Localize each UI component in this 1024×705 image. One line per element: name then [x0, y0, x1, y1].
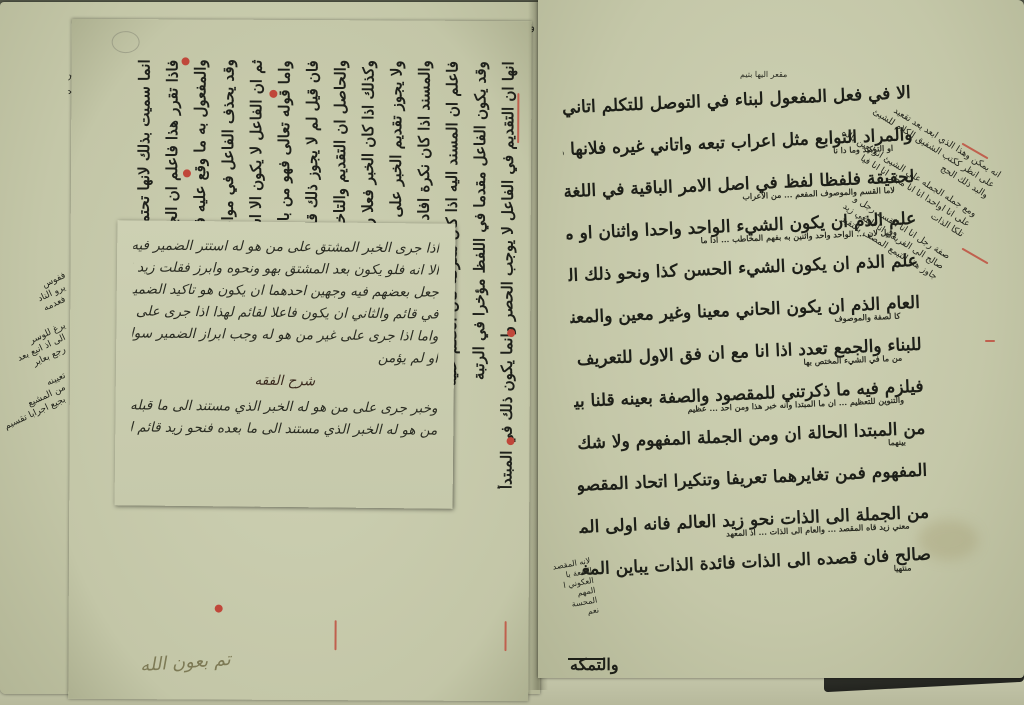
slip-line: جعل بعضهم فيه وجهين احدهما ان يكون هو تا… [133, 278, 439, 303]
rubric-dot [269, 90, 277, 98]
rubric-overline [517, 93, 519, 143]
slip-line: اذا جرى الخبر المشتق على من هو له استتر … [133, 234, 439, 259]
inserted-paper-slip: اذا جرى الخبر المشتق على من هو له استتر … [115, 220, 456, 509]
rubric-dot [215, 605, 223, 613]
catchword: والتمكه [570, 655, 619, 674]
rubric-dot [507, 329, 515, 337]
rubric-overline [334, 620, 336, 650]
text-column: انها ان التقديم في الفاعل لا يوجب الحصر … [496, 61, 525, 661]
left-lower-margin: ففوس يرو الناد فعدمه يرغ للوسر الى اذ ان… [8, 282, 68, 418]
interlinear-gloss: منتهيا [893, 552, 912, 583]
slip-line: وخبر جرى على من هو له الخبر الذي مستند ا… [131, 394, 437, 419]
header-note: مقعر اليها بتيم [740, 70, 787, 79]
interlinear-gloss: كا لصفة والموصوف [834, 301, 901, 334]
rubric-dot [183, 169, 191, 177]
slip-line: في قائم والثاني ان يكون فاعلا لقائم لهذا… [132, 300, 438, 325]
slip-line: من هو له الخبر الذي مستند الى ما بعده فن… [131, 416, 437, 441]
slip-line: او لم يؤمن [132, 344, 438, 369]
right-page-bottom-margin-notes: لانه المقصد النفعة با العكوني ا المهم ال… [540, 556, 600, 624]
slip-heading: شرح الفقه [132, 368, 438, 393]
rubric-mark [985, 340, 995, 342]
slip-line: الا انه فلو يكون بعد المشتق بهو ونحوه وا… [133, 256, 439, 281]
rubric-overline [504, 621, 506, 651]
text-column: وقد يكون الفاعل مقدما في اللفظ مؤخرا في … [468, 61, 497, 661]
interlinear-gloss: من ما في الشيء المختص بها [803, 343, 903, 377]
slip-line: واما اذا جرى على غير من هو له وجب ابراز … [132, 322, 438, 347]
folio-number-circle [112, 31, 140, 53]
rubric-dot [182, 57, 190, 65]
rubric-dot [507, 437, 515, 445]
interlinear-gloss: بينهما [887, 427, 906, 458]
